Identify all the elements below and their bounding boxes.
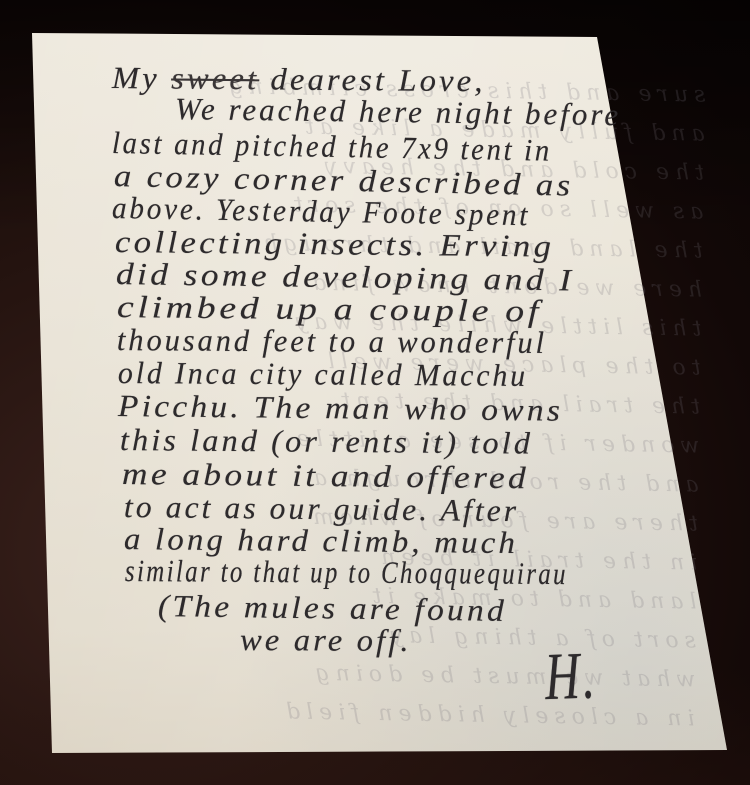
postscript-line-2: we are off. xyxy=(240,622,412,659)
letter-line-15: similar to that up to Choqquequirau xyxy=(125,553,568,592)
signature-mark: H. xyxy=(544,637,599,716)
salutation-my: My xyxy=(112,60,160,95)
handwritten-letter: My sweet dearest Love, We reached here n… xyxy=(0,0,750,785)
